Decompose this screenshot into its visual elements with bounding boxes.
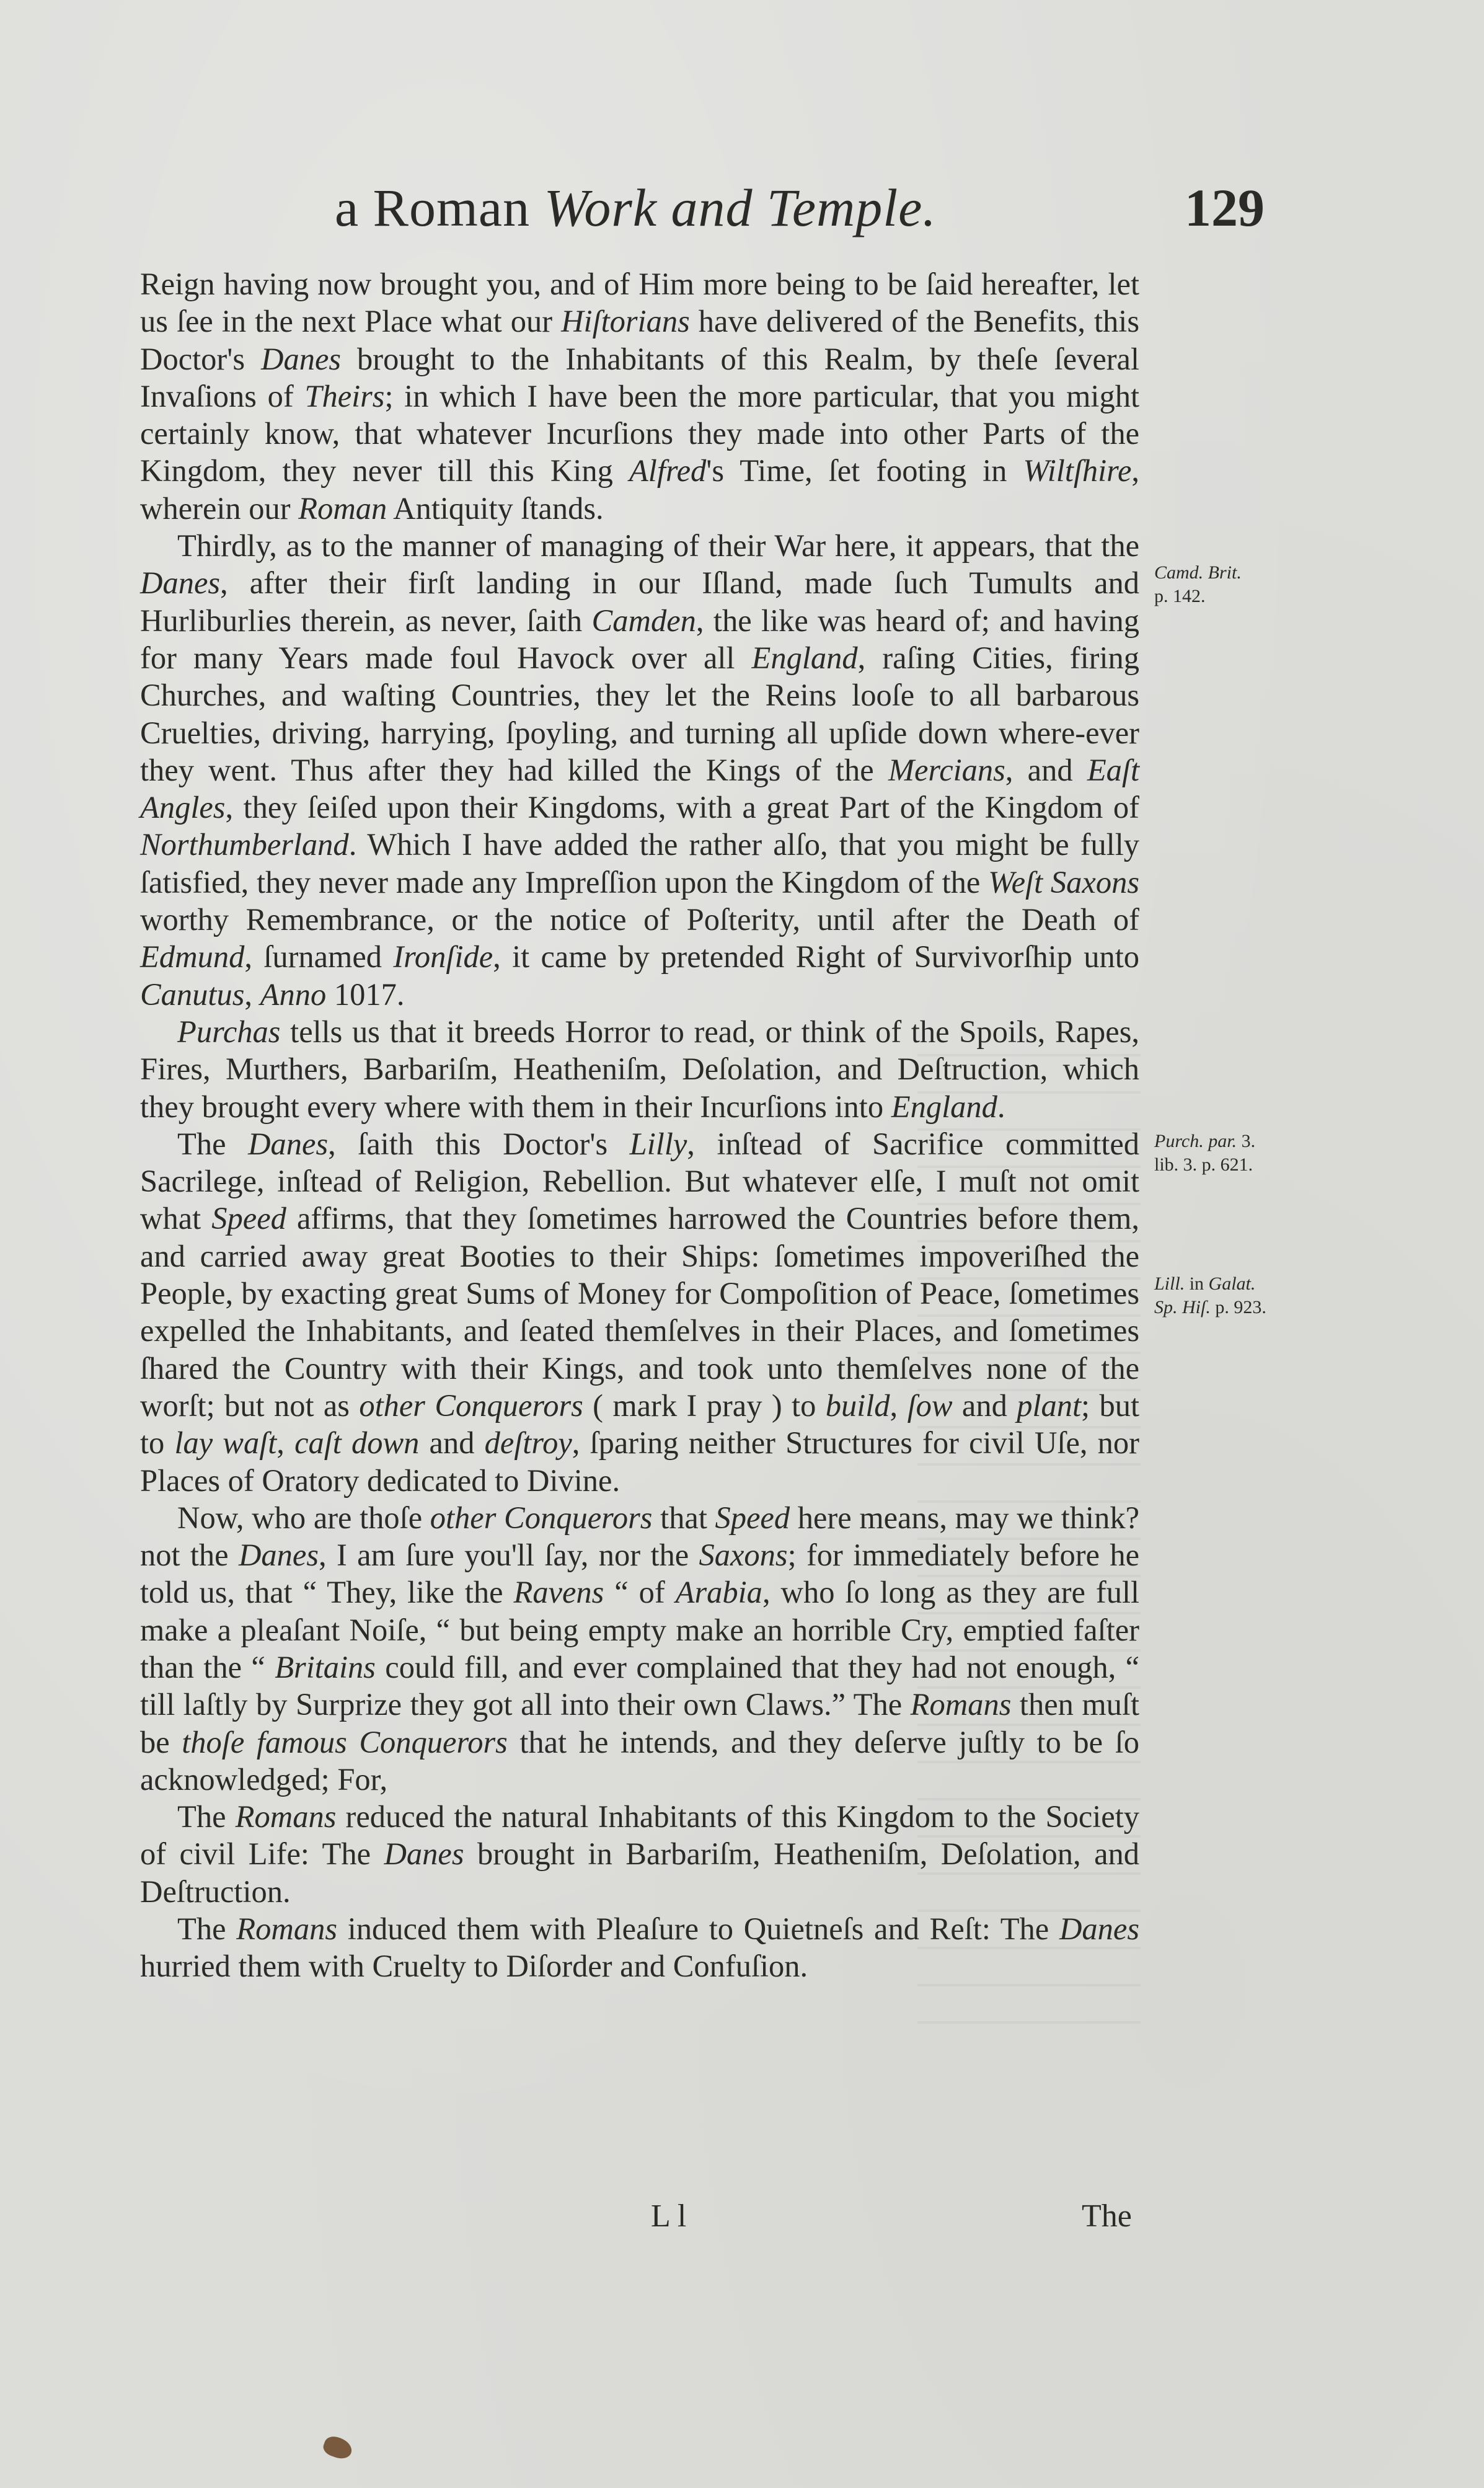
paragraph: Reign having now brought you, and of Him… <box>140 265 1139 527</box>
paper-stain <box>321 2433 355 2462</box>
margin-note: Lill. in Galat.Sp. Hiſ. p. 923. <box>1154 1272 1266 1319</box>
paragraph: The Romans reduced the natural Inhabitan… <box>140 1798 1139 1910</box>
margin-note-line: Lill. in Galat. <box>1154 1272 1266 1296</box>
margin-note-line: Camd. Brit. <box>1154 561 1242 585</box>
margin-note: Camd. Brit.p. 142. <box>1154 561 1242 608</box>
page-number: 129 <box>1185 177 1265 239</box>
paragraph: Now, who are thoſe other Conquerors that… <box>140 1499 1139 1798</box>
signature-mark: L l <box>651 2198 686 2234</box>
running-head-title-italic: Work and Temple. <box>544 178 937 237</box>
paragraph: Purchas tells us that it breeds Horror t… <box>140 1013 1139 1125</box>
paragraph: Thirdly, as to the manner of managing of… <box>140 527 1139 1013</box>
paragraph: The Danes, ſaith this Doctor's Lilly, in… <box>140 1125 1139 1499</box>
margin-note: Purch. par. 3.lib. 3. p. 621. <box>1154 1130 1255 1177</box>
margin-note-line: lib. 3. p. 621. <box>1154 1153 1255 1177</box>
margin-note-line: p. 142. <box>1154 585 1242 608</box>
margin-note-line: Purch. par. 3. <box>1154 1130 1255 1153</box>
book-page: a Roman Work and Temple. 129 Reign havin… <box>0 0 1484 2488</box>
catchword: The <box>1082 2198 1132 2234</box>
body-text: Reign having now brought you, and of Him… <box>140 265 1139 1985</box>
paragraph: The Romans induced them with Pleaſure to… <box>140 1910 1139 1985</box>
margin-note-line: Sp. Hiſ. p. 923. <box>1154 1296 1266 1319</box>
running-head: a Roman Work and Temple. 129 <box>335 177 1302 251</box>
running-head-title-roman: a Roman <box>335 178 544 237</box>
running-head-title: a Roman Work and Temple. <box>335 177 937 239</box>
